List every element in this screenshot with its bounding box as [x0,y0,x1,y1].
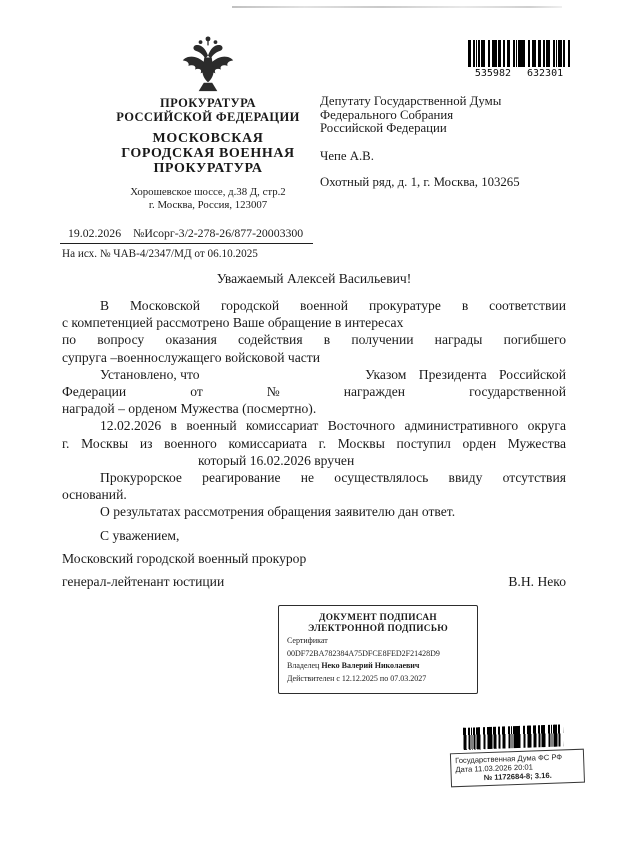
outgoing-number: №Исорг-3/2-278-26/877-20003300 [133,226,303,241]
recipient-name: Чепе А.В. [320,150,580,164]
unit-name-line3: ПРОКУРАТУРА [80,161,336,176]
letter-body: В Московской городской военной прокурату… [62,297,566,521]
recipient-line2: Федерального Собрания [320,109,580,123]
esign-certificate: Сертификат 00DF72BA782384A75DFCE8FED2F21… [287,635,469,660]
scan-smudge-line [232,6,562,8]
body-line: В Московской городской военной прокурату… [62,297,566,314]
body-line: Прокурорское реагирование не осуществлял… [62,469,566,486]
barcode-number-right: 632301 [527,68,563,79]
letterhead: ПРОКУРАТУРА РОССИЙСКОЙ ФЕДЕРАЦИИ МОСКОВС… [80,34,336,211]
recipient-line3: Российской Федерации [320,122,580,136]
body-line-with-redacted-gap: Установлено, что Указом Президента Росси… [62,366,566,383]
outgoing-date: 19.02.2026 [68,226,121,241]
body-line-with-redacted-gap: Федерации от № награжден государственной [62,383,566,400]
esign-validity: Действителен с 12.12.2025 по 07.03.2027 [287,673,469,686]
signer-position-line1: Московский городской военный прокурор [62,551,306,567]
unit-name-line1: МОСКОВСКАЯ [80,131,336,146]
body-line: супруга –военнослужащего войсковой части [62,349,566,366]
barcode-stripes [468,40,570,67]
body-line: оснований. [62,486,566,503]
reference-block: 19.02.2026 №Исорг-3/2-278-26/877-2000330… [60,224,313,260]
barcode-number-left: 535982 [475,68,511,79]
closing-regards: С уважением, [100,528,179,544]
esign-title-line1: ДОКУМЕНТ ПОДПИСАН [287,613,469,624]
unit-name-line2: ГОРОДСКАЯ ВОЕННАЯ [80,146,336,161]
esign-owner: Владелец Неко Валерий Николаевич [287,660,469,673]
sender-address-line1: Хорошевское шоссе, д.38 Д, стр.2 [80,186,336,199]
body-line: который 16.02.2026 вручен [198,452,566,469]
coat-of-arms-eagle-icon [180,34,236,96]
esign-title-line2: ЭЛЕКТРОННОЙ ПОДПИСЬЮ [287,624,469,635]
recipient-address: Охотный ряд, д. 1, г. Москва, 103265 [320,176,580,190]
barcode-stripes [463,724,564,749]
body-line: 12.02.2026 в военный комиссариат Восточн… [62,417,566,434]
org-name-line1: ПРОКУРАТУРА [80,97,336,110]
body-line: с компетенцией рассмотрено Ваше обращени… [62,314,566,331]
body-line: О результатах рассмотрения обращения зая… [62,503,566,520]
body-line: по вопросу оказания содействия в получен… [62,331,566,348]
body-line: г. Москвы из военного комиссариата г. Мо… [62,435,566,452]
sender-address-line2: г. Москва, Россия, 123007 [80,199,336,212]
incoming-reference: На исх. № ЧАВ-4/2347/МД от 06.10.2025 [60,248,313,260]
salutation: Уважаемый Алексей Васильевич! [62,271,566,287]
signature-row: генерал-лейтенант юстиции В.Н. Неко [62,574,566,590]
barcode-numbers: 535982 632301 [468,68,570,79]
recipient-line1: Депутату Государственной Думы [320,95,580,109]
electronic-signature-stamp: ДОКУМЕНТ ПОДПИСАН ЭЛЕКТРОННОЙ ПОДПИСЬЮ С… [278,605,478,694]
signer-position-line2: генерал-лейтенант юстиции [62,574,224,590]
signer-name: В.Н. Неко [508,574,566,590]
duma-stamp-box: Государственная Дума ФС РФ Дата 11.03.20… [450,749,585,788]
org-name-line2: РОССИЙСКОЙ ФЕДЕРАЦИИ [80,111,336,124]
body-line: наградой – орденом Мужества (посмертно). [62,400,566,417]
scanned-letter-page: 535982 632301 ПРОКУРАТУРА РОССИЙСКОЙ ФЕД… [0,0,626,856]
outgoing-reference: 19.02.2026 №Исорг-3/2-278-26/877-2000330… [60,226,313,244]
recipient-block: Депутату Государственной Думы Федерально… [320,95,580,190]
duma-registration-stamp: Государственная Дума ФС РФ Дата 11.03.20… [449,724,585,788]
document-barcode-top: 535982 632301 [468,40,570,79]
